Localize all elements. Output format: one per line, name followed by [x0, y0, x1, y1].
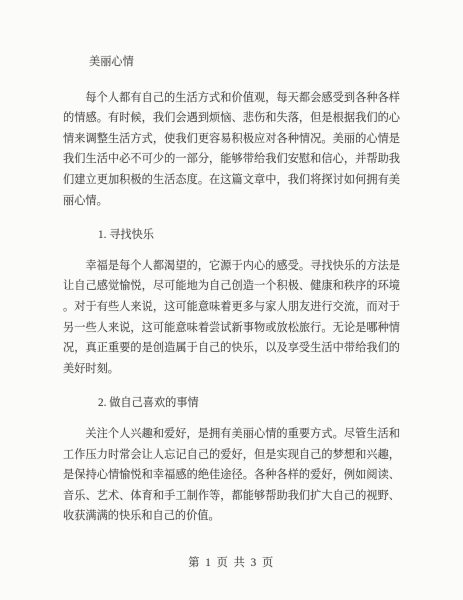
section-2-body: 关注个人兴趣和爱好，是拥有美丽心情的重要方式。尽管生活和工作压力时常会让人忘记自…: [63, 424, 400, 527]
section-1-body: 幸福是每个人都渴望的，它源于内心的感受。寻找快乐的方法是让自己感觉愉悦，尽可能地…: [63, 256, 400, 380]
section-2-heading: 2. 做自己喜欢的事情: [63, 393, 400, 414]
document-title: 美丽心情: [63, 52, 400, 73]
section-1-heading: 1. 寻找快乐: [63, 225, 400, 246]
intro-paragraph: 每个人都有自己的生活方式和价值观，每天都会感受到各种各样的情感。有时候，我们会遇…: [63, 88, 400, 212]
page-number-indicator: 第 1 页 共 3 页: [0, 553, 463, 574]
document-page: 美丽心情 每个人都有自己的生活方式和价值观，每天都会感受到各种各样的情感。有时候…: [0, 0, 463, 600]
